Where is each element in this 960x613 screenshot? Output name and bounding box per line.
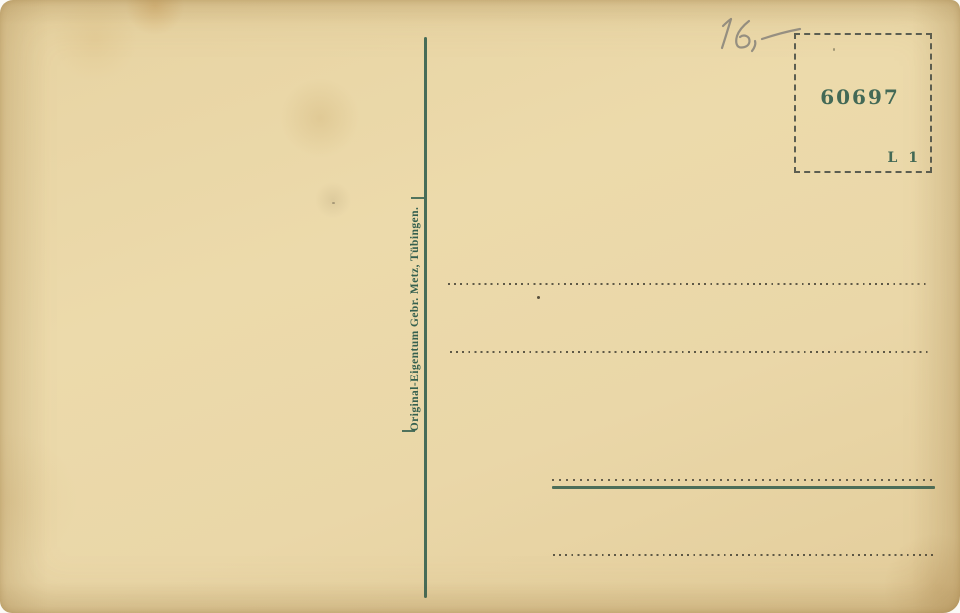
divider-line [424, 37, 427, 598]
address-line-2 [450, 351, 930, 353]
postcard-back: Original-Eigentum Gebr. Metz, Tübingen. … [0, 0, 960, 613]
ornament-dash-bottom [402, 430, 415, 432]
address-line-3-solid [552, 486, 935, 489]
stamp-box-code: L 1 [888, 150, 921, 166]
ink-speck [537, 296, 540, 299]
publisher-credit: Original-Eigentum Gebr. Metz, Tübingen. [409, 207, 421, 432]
address-line-3-dotted [552, 479, 934, 481]
ornament-dash-top [411, 197, 424, 199]
address-line-1 [448, 283, 930, 285]
paper-stain [332, 202, 335, 204]
address-line-4 [553, 554, 933, 556]
stamp-box-number: 60697 [796, 85, 924, 109]
handwritten-price [696, 8, 816, 64]
